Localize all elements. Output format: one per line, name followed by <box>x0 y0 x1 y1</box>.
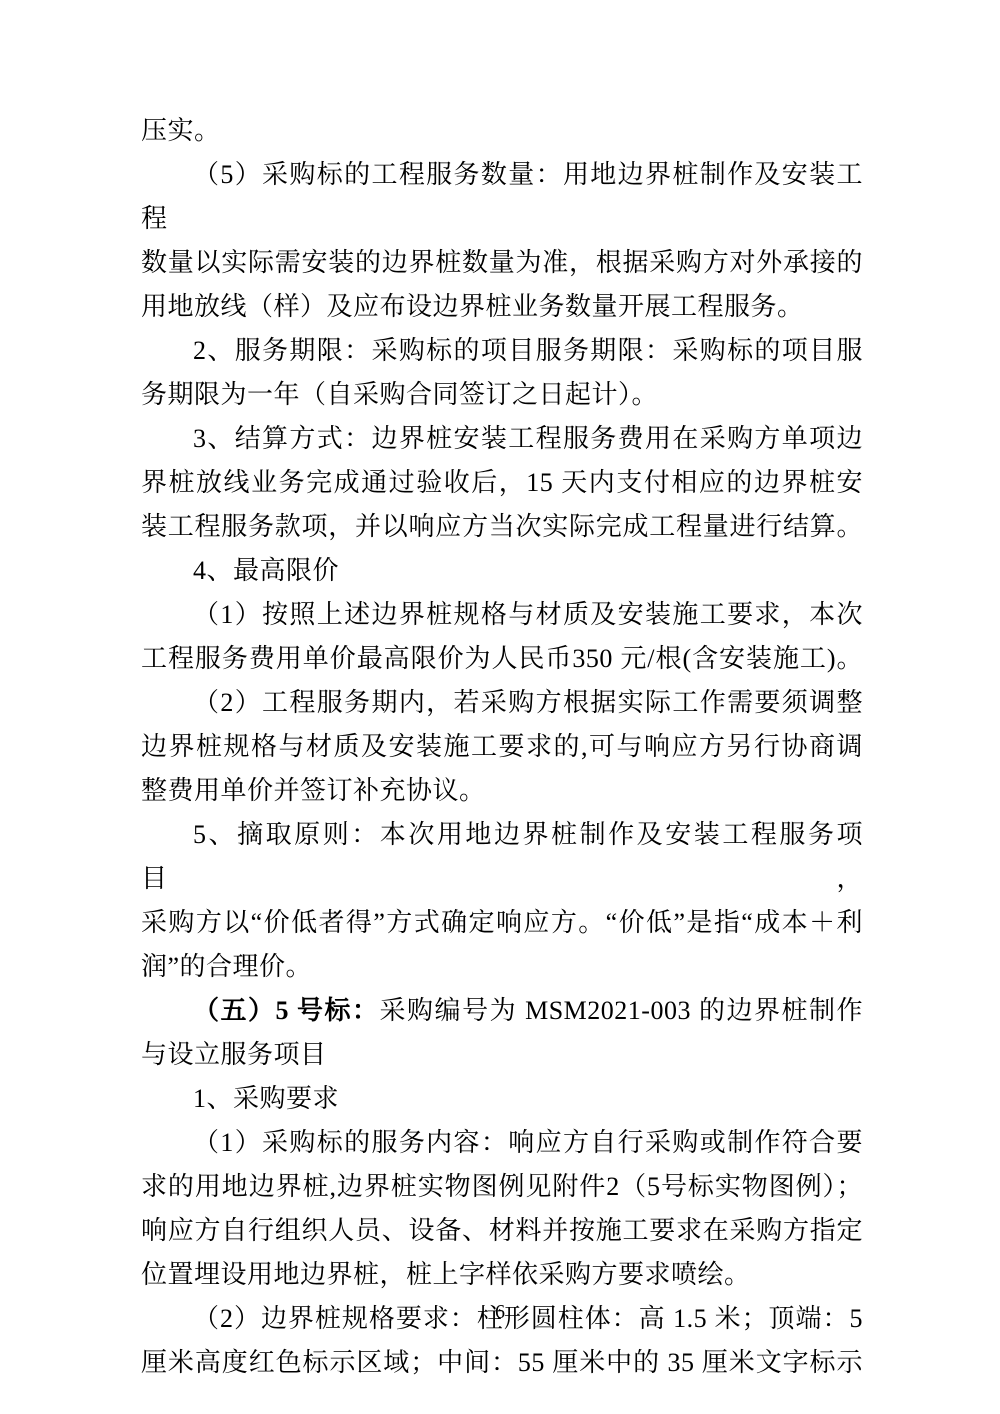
text-line: 数量以实际需安装的边界桩数量为准，根据采购方对外承接的 <box>141 241 863 285</box>
document-body: 压实。 （5）采购标的工程服务数量：用地边界桩制作及安装工程 数量以实际需安装的… <box>141 109 863 1385</box>
text-line: 用地放线（样）及应布设边界桩业务数量开展工程服务。 <box>141 285 863 329</box>
section-5-heading-rest: 采购编号为 MSM2021-003 的边界桩制作 <box>380 996 863 1025</box>
section-5-heading-line: （五）5 号标：采购编号为 MSM2021-003 的边界桩制作 <box>141 989 863 1033</box>
text-line: 3、结算方式：边界桩安装工程服务费用在采购方单项边 <box>141 417 863 461</box>
text-line: 与设立服务项目 <box>141 1033 863 1077</box>
text-line: 2、服务期限：采购标的项目服务期限：采购标的项目服 <box>141 329 863 373</box>
document-page: 压实。 （5）采购标的工程服务数量：用地边界桩制作及安装工程 数量以实际需安装的… <box>0 0 1000 1414</box>
text-line: 压实。 <box>141 109 863 153</box>
text-line: 整费用单价并签订补充协议。 <box>141 769 863 813</box>
text-line: 界桩放线业务完成通过验收后，15 天内支付相应的边界桩安 <box>141 461 863 505</box>
text-line: 边界桩规格与材质及安装施工要求的,可与响应方另行协商调 <box>141 725 863 769</box>
text-line: 工程服务费用单价最高限价为人民币350 元/根(含安装施工)。 <box>141 637 863 681</box>
text-line: 厘米高度红色标示区域；中间：55 厘米中的 35 厘米文字标示 <box>141 1341 863 1385</box>
text-line: 5、摘取原则：本次用地边界桩制作及安装工程服务项目， <box>141 813 863 901</box>
text-line: （1）采购标的服务内容：响应方自行采购或制作符合要 <box>141 1121 863 1165</box>
text-line: 装工程服务款项，并以响应方当次实际完成工程量进行结算。 <box>141 505 863 549</box>
text-line: 务期限为一年（自采购合同签订之日起计）。 <box>141 373 863 417</box>
page-number: 6 <box>0 1300 1000 1324</box>
text-line: 润”的合理价。 <box>141 945 863 989</box>
text-line: 位置埋设用地边界桩，桩上字样依采购方要求喷绘。 <box>141 1253 863 1297</box>
text-line: 1、采购要求 <box>141 1077 863 1121</box>
section-5-heading-lead: （五）5 号标： <box>193 996 380 1025</box>
text-line: （1）按照上述边界桩规格与材质及安装施工要求，本次 <box>141 593 863 637</box>
text-line: 采购方以“价低者得”方式确定响应方。“价低”是指“成本＋利 <box>141 901 863 945</box>
text-line: （2）工程服务期内，若采购方根据实际工作需要须调整 <box>141 681 863 725</box>
text-line: 响应方自行组织人员、设备、材料并按施工要求在采购方指定 <box>141 1209 863 1253</box>
text-line: （5）采购标的工程服务数量：用地边界桩制作及安装工程 <box>141 153 863 241</box>
text-line: 求的用地边界桩,边界桩实物图例见附件2（5号标实物图例）； <box>141 1165 863 1209</box>
text-line: 4、最高限价 <box>141 549 863 593</box>
